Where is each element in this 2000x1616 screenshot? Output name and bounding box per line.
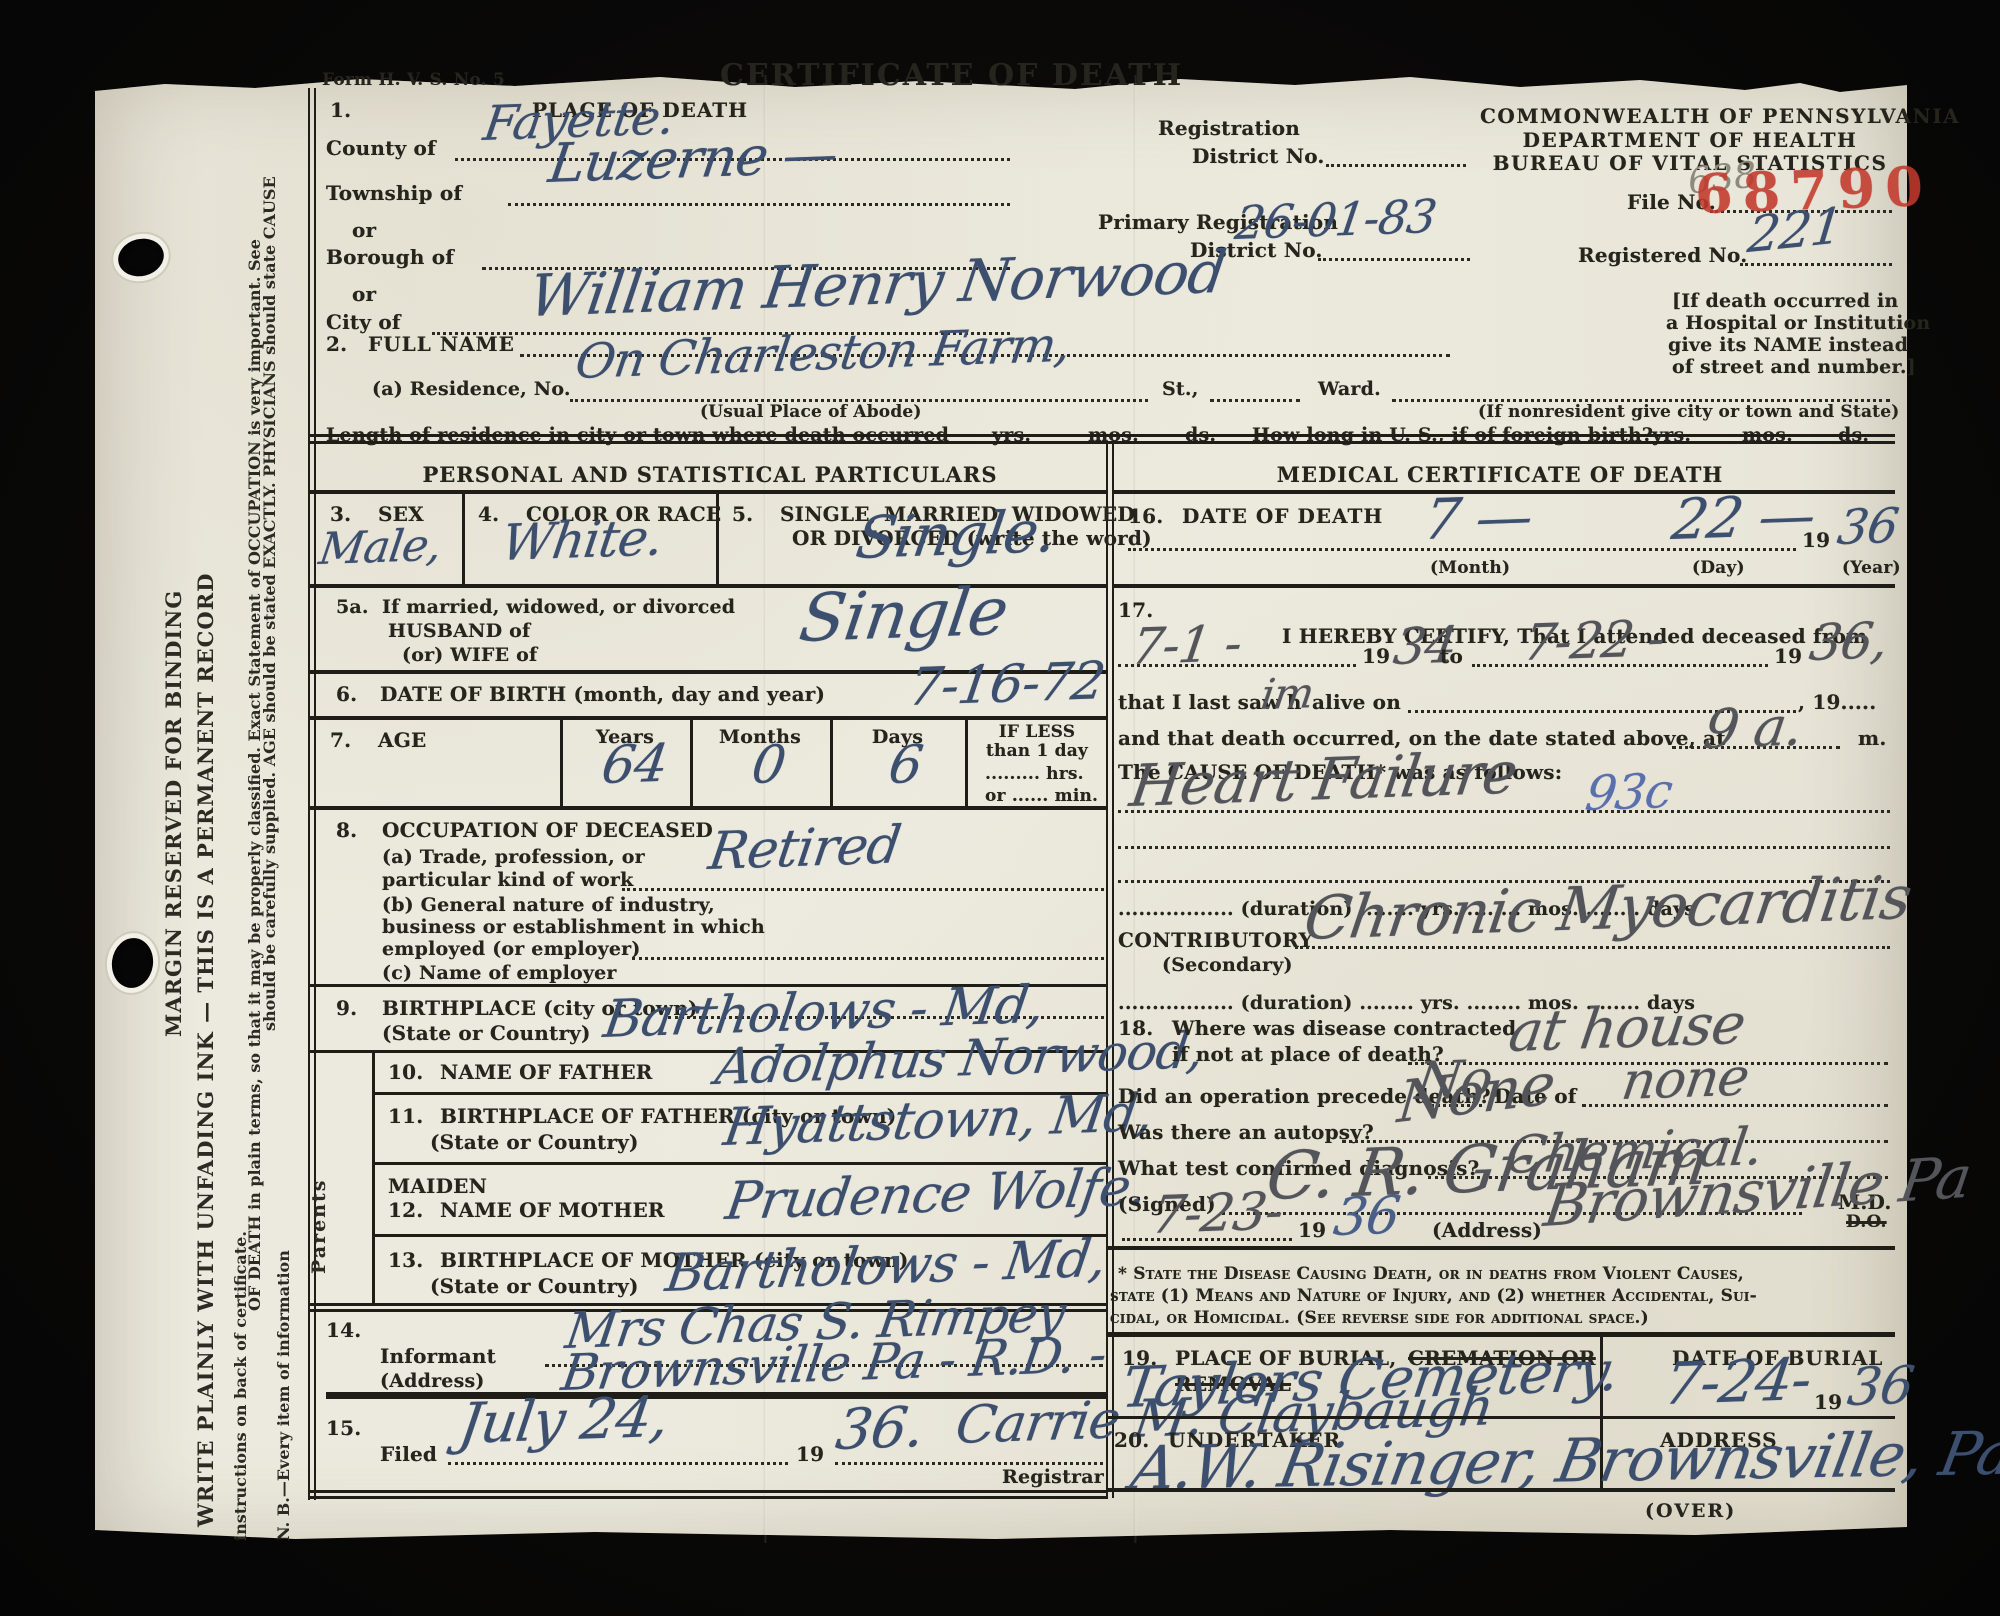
attended-from-value: 7-1 - — [1128, 614, 1245, 676]
footnote-line3: cidal, or Homicidal. (See reverse side f… — [1110, 1308, 1649, 1328]
section-1-number: 1. — [330, 98, 351, 122]
occupation-number: 8. — [336, 818, 357, 842]
burial-19: 19 — [1814, 1390, 1842, 1414]
city-label: City of — [326, 310, 401, 334]
informant-label: Informant — [380, 1344, 496, 1368]
from-19: 19 — [1362, 644, 1390, 668]
form-number: Form H. V. S. No. 5 — [322, 70, 505, 90]
sex-value: Male, — [316, 520, 444, 575]
race-value: White. — [498, 508, 666, 572]
county-label: County of — [326, 136, 436, 160]
abode-note: (Usual Place of Abode) — [700, 402, 922, 422]
cause-of-death-value: Heart Failure — [1126, 739, 1521, 820]
registered-no-label: Registered No. — [1578, 243, 1747, 267]
signature-19: 19 — [1298, 1218, 1326, 1242]
dotted-line — [448, 1462, 788, 1465]
marital-number: 5. — [732, 502, 753, 526]
father-number: 10. — [388, 1060, 423, 1084]
hospital-note-line3: give its NAME instead — [1668, 334, 1908, 356]
filed-year-value: 36. — [832, 1395, 928, 1463]
burial-year-value: 36 — [1844, 1356, 1917, 1418]
to-label: to — [1440, 644, 1463, 668]
date-of-death-label: DATE OF DEATH — [1182, 504, 1383, 528]
husband-label-line3: (or) WIFE of — [402, 644, 537, 666]
occupation-b-line1: (b) General nature of industry, — [382, 894, 715, 916]
over-note: (OVER) — [1645, 1500, 1736, 1522]
rule — [308, 1490, 1108, 1493]
filed-19: 19 — [796, 1442, 824, 1466]
attended-to-value: 7-22 - — [1520, 609, 1668, 672]
father-label: NAME OF FATHER — [440, 1060, 653, 1084]
occupation-b-line3: employed (or employer) — [382, 938, 641, 960]
filed-number: 15. — [326, 1416, 361, 1440]
date-of-death-number: 16. — [1128, 504, 1163, 528]
last-saw-19: , 19..... — [1798, 690, 1876, 714]
dotted-line — [1118, 846, 1890, 849]
rule — [1108, 1246, 1895, 1250]
dotted-line — [1326, 164, 1466, 167]
ward-label: Ward. — [1318, 378, 1381, 400]
parents-group-label: Parents — [308, 1179, 330, 1274]
nonresident-note: (If nonresident give city or town and St… — [1478, 402, 1900, 422]
mother-number: 12. — [388, 1198, 423, 1222]
agency-line-2: DEPARTMENT OF HEALTH — [1480, 128, 1900, 152]
registration-label: Registration — [1158, 116, 1300, 140]
rule-heavy — [1108, 1332, 1895, 1337]
min-label: or ...... min. — [985, 786, 1098, 806]
margin-binding-note: MARGIN RESERVED FOR BINDING — [161, 590, 186, 1037]
mother-birthplace-note: (State or Country) — [430, 1274, 639, 1298]
cell-divider — [462, 490, 465, 584]
hospital-note-line4: of street and number.] — [1672, 356, 1916, 378]
occupation-value: Retired — [705, 815, 904, 882]
signature-date-value: 7-23- — [1148, 1182, 1287, 1246]
attended-to-year: 36, — [1806, 611, 1891, 672]
signature-year-value: 36 — [1330, 1186, 1403, 1248]
footnote-line1: * State the Disease Causing Death, or in… — [1118, 1264, 1744, 1284]
q18-number: 18. — [1118, 1016, 1153, 1040]
or-label: or — [352, 218, 376, 242]
occupation-a-line2: particular kind of work — [382, 869, 634, 891]
day-note: (Day) — [1692, 558, 1745, 578]
to-19: 19 — [1774, 644, 1802, 668]
township-value: Luzerne — — [545, 122, 841, 195]
borough-label: Borough of — [326, 245, 454, 269]
township-label: Township of — [326, 181, 462, 205]
dotted-line — [1118, 810, 1890, 813]
filed-label: Filed — [380, 1442, 437, 1466]
occupation-label: OCCUPATION OF DECEASED — [382, 818, 713, 842]
operation-date-value: none — [1618, 1048, 1752, 1112]
death-day-value: 22 — — [1668, 483, 1819, 553]
rule — [308, 806, 1108, 810]
registration-district-label: District No. — [1192, 144, 1325, 168]
rule — [1108, 1416, 1895, 1419]
secondary-note: (Secondary) — [1162, 954, 1293, 976]
medical-certificate-title: MEDICAL CERTIFICATE OF DEATH — [1150, 462, 1850, 487]
dotted-line — [632, 957, 1104, 960]
death-time-value: 9 a. — [1700, 695, 1806, 761]
age-years-value: 64 — [598, 734, 671, 796]
cause-code-value: 93c — [1582, 763, 1675, 822]
race-number: 4. — [478, 502, 499, 526]
margin-nb-note-line1: N. B.—Every item of information — [274, 1250, 293, 1541]
husband-number: 5a. — [336, 596, 369, 618]
divider-rule — [308, 434, 1895, 437]
dotted-line — [835, 1462, 1103, 1465]
mother-maiden-label: MAIDEN — [388, 1174, 487, 1198]
hrs-label: ......... hrs. — [985, 764, 1084, 784]
burial-date-value: 7-24- — [1660, 1345, 1815, 1418]
form-border — [314, 88, 316, 1500]
mother-label: NAME OF MOTHER — [440, 1198, 665, 1222]
rule — [308, 1496, 1108, 1499]
margin-write-plainly-note: WRITE PLAINLY WITH UNFADING INK — THIS I… — [193, 573, 218, 1527]
registrar-label: Registrar — [1002, 1466, 1104, 1488]
divider-rule — [308, 441, 1895, 444]
rule — [1114, 584, 1895, 588]
father-birthplace-note: (State or Country) — [430, 1130, 639, 1154]
scanned-death-certificate: MARGIN RESERVED FOR BINDING WRITE PLAINL… — [0, 0, 2000, 1616]
parents-box-border — [372, 1050, 375, 1306]
last-saw-text2: alive on — [1312, 690, 1401, 714]
death-year-value: 36 — [1834, 498, 1901, 556]
street-label: St., — [1162, 378, 1199, 400]
husband-label-line1: If married, widowed, or divorced — [382, 596, 735, 618]
death-19: 19 — [1802, 528, 1830, 552]
mother-birthplace-number: 13. — [388, 1248, 423, 1272]
hospital-note-line2: a Hospital or Institution — [1666, 312, 1930, 334]
agency-line-1: COMMONWEALTH OF PENNSYLVANIA — [1480, 104, 1900, 128]
birthplace-number: 9. — [336, 996, 357, 1020]
death-month-value: 7 — — [1420, 484, 1536, 553]
informant-address-label: (Address) — [380, 1370, 485, 1392]
if-less-label-line2: than 1 day — [968, 741, 1106, 761]
section-2-number: 2. — [326, 332, 347, 356]
occupation-b-line2: business or establishment in which — [382, 916, 765, 938]
dotted-line — [508, 203, 1010, 206]
marital-value: Single. — [852, 497, 1060, 572]
q18-label-line2: if not at place of death? — [1172, 1042, 1444, 1066]
q18-label-line1: Where was disease contracted — [1172, 1016, 1516, 1040]
form-border — [308, 88, 310, 1500]
informant-number: 14. — [326, 1318, 361, 1342]
dob-value: 7-16-72 — [905, 651, 1108, 718]
rule — [308, 716, 1108, 720]
year-note: (Year) — [1842, 558, 1901, 578]
last-saw-him: im — [1258, 668, 1316, 719]
or-label: or — [352, 282, 376, 306]
dotted-line — [1318, 258, 1470, 261]
age-number: 7. — [330, 728, 351, 752]
page-title: CERTIFICATE OF DEATH — [720, 58, 1200, 93]
if-less-label-line1: IF LESS — [968, 722, 1106, 742]
residence-label: (a) Residence, No. — [372, 378, 571, 400]
footnote-line2: state (1) Means and Nature of Injury, an… — [1110, 1286, 1757, 1306]
father-birthplace-number: 11. — [388, 1104, 423, 1128]
birthplace-note: (State or Country) — [382, 1021, 591, 1045]
dotted-line — [622, 888, 1104, 891]
occupation-a-line1: (a) Trade, profession, or — [382, 846, 645, 868]
rule — [1108, 1488, 1895, 1492]
month-note: (Month) — [1430, 558, 1510, 578]
dotted-line — [1122, 1238, 1292, 1241]
registered-no-value: 221 — [1745, 197, 1845, 264]
primary-district-value: 26-01-83 — [1232, 189, 1439, 250]
husband-label-line2: HUSBAND of — [388, 620, 530, 642]
husband-value: Single — [795, 573, 1012, 657]
age-label: AGE — [378, 728, 426, 752]
meridiem-label: m. — [1858, 726, 1887, 750]
dob-label: DATE OF BIRTH (month, day and year) — [380, 682, 825, 706]
rule — [308, 490, 1108, 494]
dob-number: 6. — [336, 682, 357, 706]
occupation-c-label: (c) Name of employer — [382, 962, 617, 984]
column-divider — [1112, 441, 1114, 1498]
contributory-label: CONTRIBUTORY — [1118, 928, 1313, 952]
signature-address-label: (Address) — [1432, 1218, 1542, 1242]
full-name-label: FULL NAME — [368, 332, 515, 356]
filed-date-value: July 24, — [455, 1385, 672, 1457]
hospital-note-line1: [If death occurred in — [1672, 290, 1898, 312]
dotted-line — [1295, 946, 1890, 949]
personal-particulars-title: PERSONAL AND STATISTICAL PARTICULARS — [330, 462, 1090, 487]
margin-nb-note-line2: should be carefully supplied. AGE should… — [260, 176, 279, 1031]
dotted-line — [1740, 263, 1892, 266]
dotted-line — [1210, 399, 1300, 402]
